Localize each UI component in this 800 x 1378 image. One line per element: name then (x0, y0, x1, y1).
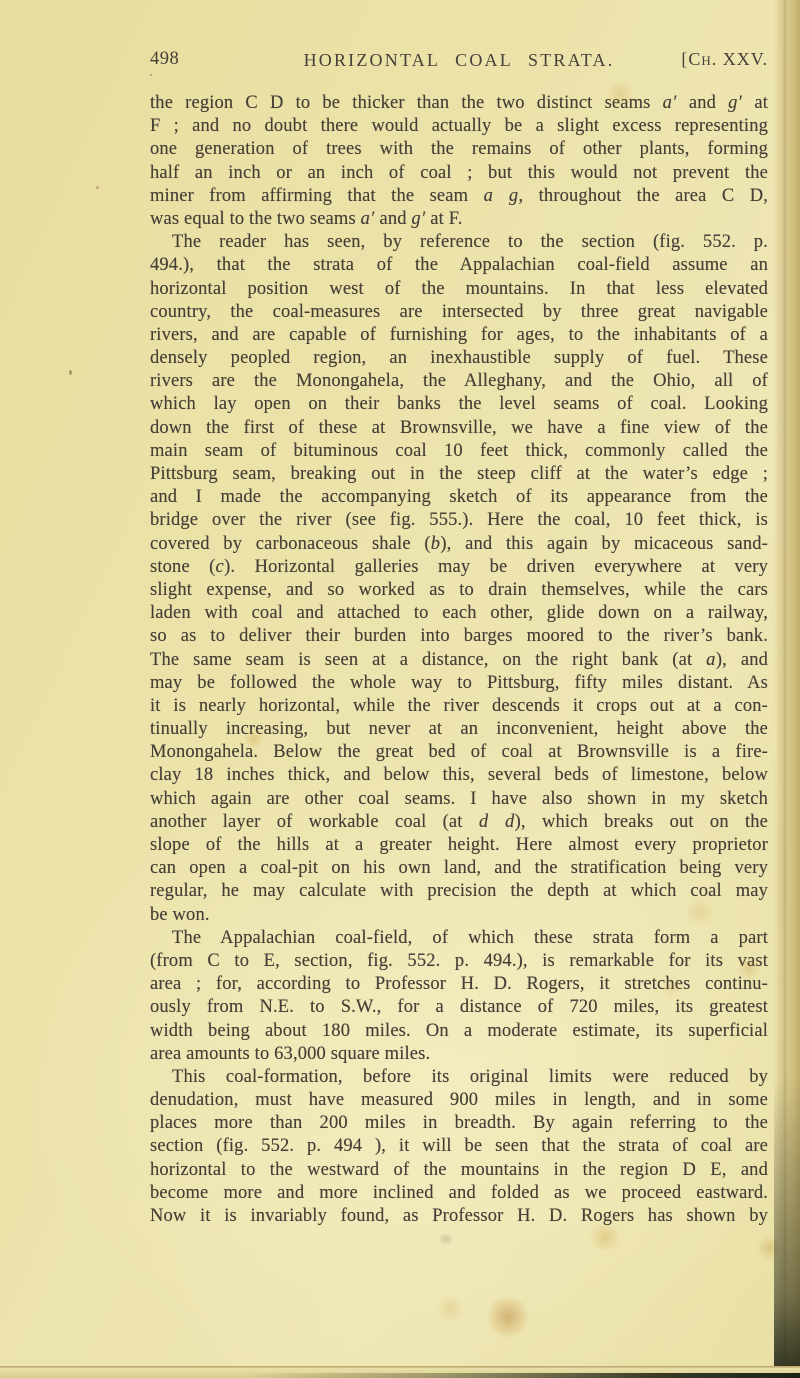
text-line: Now it is invariably found, as Professor… (150, 1205, 768, 1228)
text-line: the region C D to be thicker than the tw… (150, 92, 768, 115)
text-line: slight expense, and so worked as to drai… (150, 579, 768, 602)
text-line: places more than 200 miles in breadth. B… (150, 1112, 768, 1135)
text-line: which lay open on their banks the level … (150, 393, 768, 416)
text-line: horizontal to the westward of the mounta… (150, 1159, 768, 1182)
text-line: (from C to E, section, fig. 552. p. 494.… (150, 950, 768, 973)
text-line: down the first of these at Brownsville, … (150, 417, 768, 440)
text-line: one generation of trees with the remains… (150, 138, 768, 161)
text-line: another layer of workable coal (at d d),… (150, 811, 768, 834)
text-line: horizontal position west of the mountain… (150, 278, 768, 301)
text-line: densely peopled region, an inexhaustible… (150, 347, 768, 370)
text-line: The same seam is seen at a distance, on … (150, 649, 768, 672)
text-line: F ; and no doubt there would actually be… (150, 115, 768, 138)
text-line: This coal-formation, before its original… (150, 1066, 768, 1089)
ink-speck (96, 186, 99, 189)
stain (436, 1296, 464, 1322)
text-line: can open a coal-pit on his own land, and… (150, 857, 768, 880)
page-bottom-edge (0, 1366, 800, 1378)
text-line: main seam of bituminous coal 10 feet thi… (150, 440, 768, 463)
text-line: so as to deliver their burden into barge… (150, 625, 768, 648)
text-line: rivers, and are capable of furnishing fo… (150, 324, 768, 347)
text-block: the region C D to be thicker than the tw… (150, 92, 768, 1228)
text-line: regular, he may calculate with precision… (150, 880, 768, 903)
text-line: 494.), that the strata of the Appalachia… (150, 254, 768, 277)
text-line: Monongahela. Below the great bed of coal… (150, 741, 768, 764)
text-line: denudation, must have measured 900 miles… (150, 1089, 768, 1112)
page-right-edge (774, 0, 800, 1378)
text-line: covered by carbonaceous shale (b), and t… (150, 533, 768, 556)
stain (436, 1234, 456, 1244)
text-line: miner from affirming that the seam a g, … (150, 185, 768, 208)
text-line: be won. (150, 904, 768, 927)
text-line: width being about 180 miles. On a modera… (150, 1020, 768, 1043)
stain (486, 1296, 530, 1338)
text-line: rivers are the Monongahela, the Alleghan… (150, 370, 768, 393)
text-line: become more and more inclined and folded… (150, 1182, 768, 1205)
text-line: The reader has seen, by reference to the… (150, 231, 768, 254)
text-line: which again are other coal seams. I have… (150, 788, 768, 811)
text-line: section (fig. 552. p. 494 ), it will be … (150, 1135, 768, 1158)
text-line: slope of the hills at a greater height. … (150, 834, 768, 857)
running-title: HORIZONTAL COAL STRATA. (150, 50, 768, 71)
page-header: 498 HORIZONTAL COAL STRATA. [Ch. XXV. (150, 49, 768, 75)
text-line: stone (c). Horizontal galleries may be d… (150, 556, 768, 579)
text-line: ously from N.E. to S.W., for a distance … (150, 996, 768, 1019)
text-line: The Appalachian coal-field, of which the… (150, 927, 768, 950)
text-line: country, the coal-measures are intersect… (150, 301, 768, 324)
text-line: area ; for, according to Professor H. D.… (150, 973, 768, 996)
chapter-label: [Ch. XXV. (681, 49, 768, 70)
text-line: half an inch or an inch of coal ; but th… (150, 162, 768, 185)
text-line: area amounts to 63,000 square miles. (150, 1043, 768, 1066)
text-line: was equal to the two seams a′ and g′ at … (150, 208, 768, 231)
text-line: bridge over the river (see fig. 555.). H… (150, 509, 768, 532)
text-line: tinually increasing, but never at an inc… (150, 718, 768, 741)
text-line: clay 18 inches thick, and below this, se… (150, 764, 768, 787)
text-line: Pittsburg seam, breaking out in the stee… (150, 463, 768, 486)
text-line: and I made the accompanying sketch of it… (150, 486, 768, 509)
text-line: laden with coal and attached to each oth… (150, 602, 768, 625)
text-line: it is nearly horizontal, while the river… (150, 695, 768, 718)
ink-speck (69, 370, 72, 375)
book-page: 498 HORIZONTAL COAL STRATA. [Ch. XXV. th… (0, 0, 800, 1378)
text-line: may be followed the whole way to Pittsbu… (150, 672, 768, 695)
